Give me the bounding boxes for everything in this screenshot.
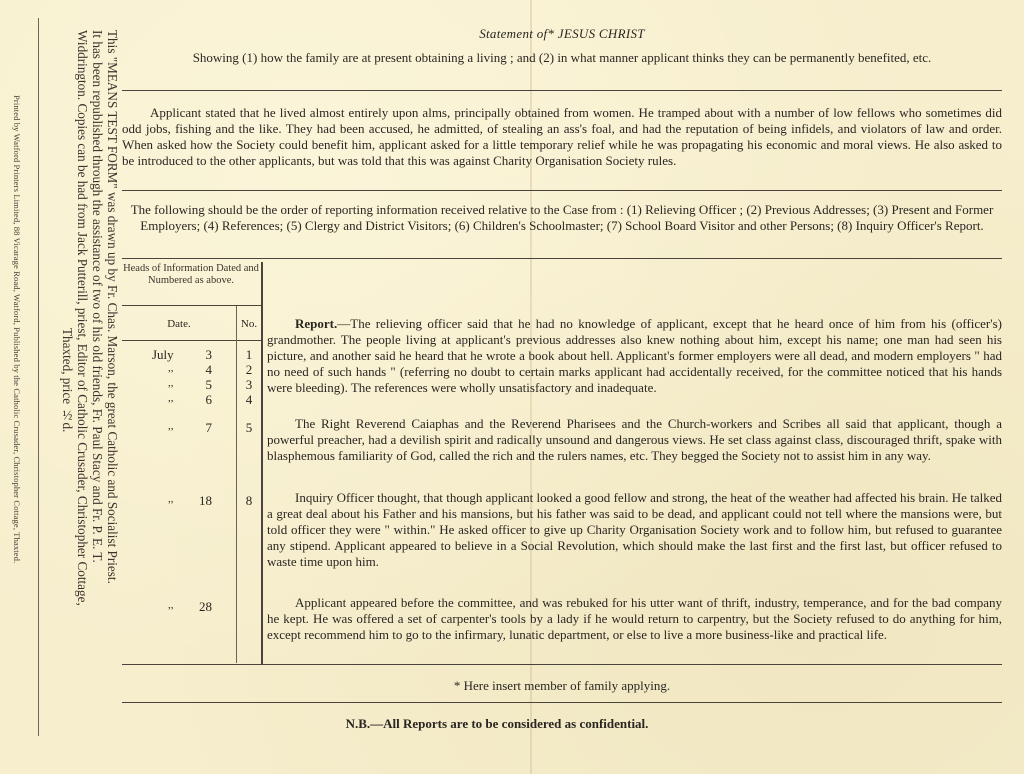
report-paragraph-1: Report.—The relieving officer said that … — [267, 316, 1002, 396]
document-page: This "MEANS TEST FORM" was drawn up by F… — [0, 0, 1024, 774]
row-month: ,, — [168, 362, 174, 374]
heads-of-information: Heads of Information Dated and Numbered … — [122, 263, 260, 287]
row-day: 5 — [186, 377, 212, 393]
row-month: ,, — [168, 599, 174, 611]
row-day: 28 — [186, 599, 212, 615]
table-column-divider — [261, 262, 263, 665]
confidential-notice: N.B.—All Reports are to be considered as… — [122, 716, 872, 732]
column-header-date: Date. — [122, 318, 236, 330]
table-rule — [122, 305, 261, 306]
reporting-order: The following should be the order of rep… — [122, 202, 1002, 234]
row-month: ,, — [168, 377, 174, 389]
report-text: Inquiry Officer thought, that though app… — [267, 490, 1002, 569]
row-day: 4 — [186, 362, 212, 378]
row-number: 2 — [237, 362, 261, 378]
divider — [122, 190, 1002, 191]
report-paragraph-3: Inquiry Officer thought, that though app… — [267, 490, 1002, 570]
footnote: * Here insert member of family applying. — [122, 678, 1002, 694]
report-text: —The relieving officer said that he had … — [267, 316, 1002, 395]
column-header-no: No. — [237, 318, 261, 330]
report-paragraph-2: The Right Reverend Caiaphas and the Reve… — [267, 416, 1002, 464]
row-number: 5 — [237, 420, 261, 436]
row-day: 18 — [186, 493, 212, 509]
statement-title: Statement of* JESUS CHRIST — [122, 26, 1002, 42]
divider — [122, 664, 1002, 665]
row-number: 1 — [237, 347, 261, 363]
applicant-name: JESUS CHRIST — [558, 26, 645, 41]
publication-note-line-2: It has been republished through the assi… — [90, 30, 105, 730]
row-day: 7 — [186, 420, 212, 436]
applicant-statement-text: Applicant stated that he lived almost en… — [122, 105, 1002, 168]
row-month: ,, — [168, 493, 174, 505]
row-day: 6 — [186, 392, 212, 408]
row-month: ,, — [168, 392, 174, 404]
report-label: Report. — [295, 316, 337, 331]
row-month: ,, — [168, 420, 174, 432]
publication-note-line-4: Thaxted, price ½d. — [60, 30, 75, 730]
printer-imprint: Printed by Watford Printers Limited, 88 … — [12, 95, 22, 695]
divider — [122, 702, 1002, 703]
report-paragraph-4: Applicant appeared before the committee,… — [267, 595, 1002, 643]
report-text: The Right Reverend Caiaphas and the Reve… — [267, 416, 1002, 463]
publication-note-line-3: Widdrington. Copies can be had from Jack… — [75, 30, 90, 730]
row-day: 3 — [186, 347, 212, 363]
row-number: 8 — [237, 493, 261, 509]
divider — [122, 90, 1002, 91]
table-rule — [122, 340, 261, 341]
side-divider — [38, 18, 39, 736]
row-number: 4 — [237, 392, 261, 408]
publication-note: This "MEANS TEST FORM" was drawn up by F… — [60, 30, 120, 730]
showing-instructions: Showing (1) how the family are at presen… — [122, 50, 1002, 66]
applicant-statement: Applicant stated that he lived almost en… — [122, 105, 1002, 169]
publication-note-line-1: This "MEANS TEST FORM" was drawn up by F… — [105, 30, 120, 730]
divider — [122, 258, 1002, 259]
row-number: 3 — [237, 377, 261, 393]
report-text: Applicant appeared before the committee,… — [267, 595, 1002, 642]
title-prefix: Statement of* — [479, 26, 554, 41]
